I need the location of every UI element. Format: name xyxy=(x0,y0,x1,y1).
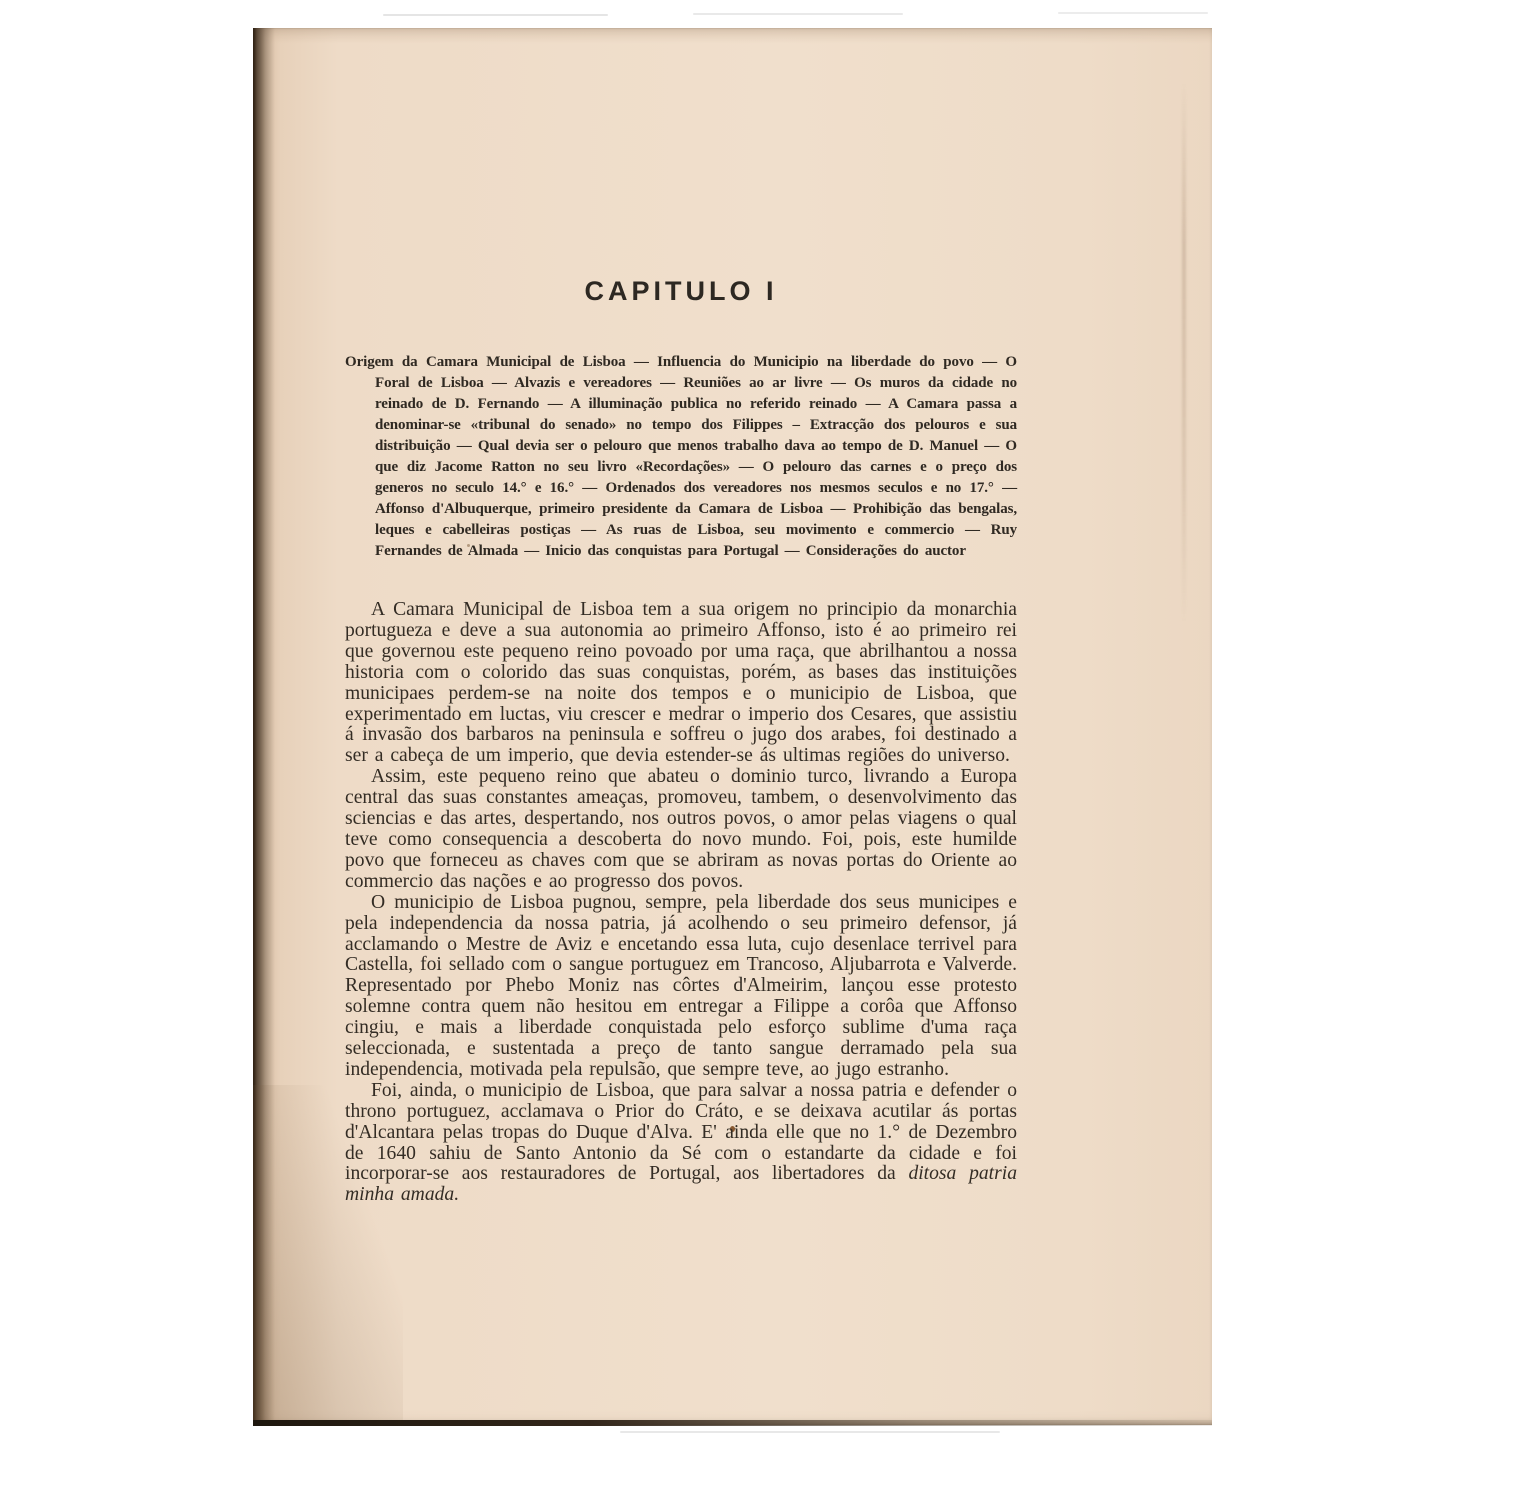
chapter-title: CAPITULO I xyxy=(345,276,1017,307)
scanner-smudge xyxy=(693,13,903,15)
paragraph-1: A Camara Municipal de Lisboa tem a sua o… xyxy=(345,600,1017,767)
paper-crease xyxy=(1182,83,1186,623)
body-text: A Camara Municipal de Lisboa tem a sua o… xyxy=(345,600,1017,1206)
paragraph-4: Foi, ainda, o municipio de Lisboa, que p… xyxy=(345,1081,1017,1206)
scanner-smudge xyxy=(1058,12,1208,14)
scanned-image-background: CAPITULO I Origem da Camara Municipal de… xyxy=(0,0,1531,1493)
printed-content: CAPITULO I Origem da Camara Municipal de… xyxy=(345,28,1017,1206)
paragraph-3: O municipio de Lisboa pugnou, sempre, pe… xyxy=(345,893,1017,1081)
page-bottom-edge xyxy=(253,1420,1212,1426)
paragraph-2: Assim, este pequeno reino que abateu o d… xyxy=(345,767,1017,892)
scanner-smudge xyxy=(620,1431,1000,1433)
book-page: CAPITULO I Origem da Camara Municipal de… xyxy=(253,28,1212,1425)
scanner-smudge xyxy=(383,14,608,16)
chapter-summary: Origem da Camara Municipal de Lisboa — I… xyxy=(345,352,1017,562)
